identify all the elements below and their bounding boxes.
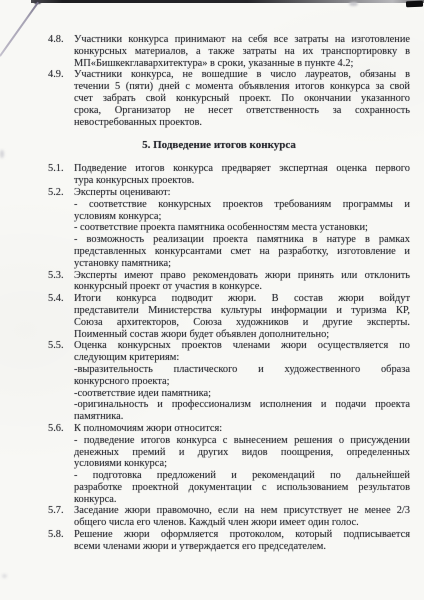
text-line: невостребованных проектов. — [74, 117, 410, 129]
clause-item: 5.7. Заседание жюри правомочно, если на … — [74, 505, 410, 529]
text-line: Участники конкурса принимают на себя все… — [74, 34, 410, 46]
text-line: разработке проектной документации с испо… — [74, 482, 410, 494]
scan-diagonal-line — [0, 2, 39, 57]
text-line: Подведение итогов конкурса предваряет эк… — [74, 163, 410, 175]
clause-item: 5.4. Итоги конкурса подводит жюри. В сос… — [74, 293, 410, 340]
text-line: срока, Организатор не несет ответственно… — [74, 105, 410, 117]
clause-number: 5.4. — [48, 293, 64, 305]
text-line: конкурсный проект от участия в конкурсе. — [74, 281, 410, 293]
clause-text: Итоги конкурса подводит жюри. В состав ж… — [74, 293, 410, 340]
text-line: К полномочиям жюри относится: — [74, 423, 410, 435]
clause-text: Оценка конкурсных проектов членами жюри … — [74, 340, 410, 423]
text-line: Решение жюри оформляется протоколом, кот… — [74, 529, 410, 541]
scan-edge-top-line — [31, 0, 424, 3]
text-line: Участники конкурса, не вошедшие в число … — [74, 69, 410, 81]
text-line: -соответствие идеи памятника; — [74, 388, 410, 400]
clause-item: 5.1. Подведение итогов конкурса предваря… — [74, 163, 410, 187]
clause-number: 4.9. — [48, 69, 64, 81]
clause-item: 5.8. Решение жюри оформляется протоколом… — [74, 529, 410, 553]
text-line: Эксперты имеют право рекомендовать жюри … — [74, 270, 410, 282]
clause-text: Эксперты имеют право рекомендовать жюри … — [74, 270, 410, 294]
clause-text: К полномочиям жюри относится:- подведени… — [74, 423, 410, 506]
text-line: всеми членами жюри и утверждается его пр… — [74, 541, 410, 553]
text-line: Итоги конкурса подводит жюри. В состав ж… — [74, 293, 410, 305]
text-line: - подведение итогов конкурса с вынесение… — [74, 435, 410, 447]
scan-corner-mark — [406, 1, 423, 8]
text-line: течении 5 (пяти) дней с момента объявлен… — [74, 81, 410, 93]
clause-text: Участники конкурса, не вошедшие в число … — [74, 69, 410, 128]
text-line: -оригинальность и профессионализм исполн… — [74, 399, 410, 411]
clause-list-section-5: 5.1. Подведение итогов конкурса предваря… — [74, 163, 410, 552]
text-line: общего числа его членов. Каждый член жюр… — [74, 517, 410, 529]
text-line: следующим критериям: — [74, 352, 410, 364]
clause-number: 5.6. — [48, 423, 64, 435]
text-line: Эксперты оценивают: — [74, 187, 410, 199]
text-line: условиями конкурса; — [74, 458, 410, 470]
clause-number: 5.7. — [48, 505, 64, 517]
scan-smudge-bottom — [2, 574, 7, 578]
clause-text: Участники конкурса принимают на себя все… — [74, 34, 410, 69]
text-line: представленных конкурсантами смет на раз… — [74, 246, 410, 258]
text-line: условиям конкурса; — [74, 211, 410, 223]
text-line: памятника. — [74, 411, 410, 423]
clause-number: 5.1. — [48, 163, 64, 175]
clause-list-section-4: 4.8. Участники конкурса принимают на себ… — [74, 34, 410, 128]
text-line: МП«Бишкекглавархитектура» в сроки, указа… — [74, 58, 410, 70]
clause-text: Решение жюри оформляется протоколом, кот… — [74, 529, 410, 553]
text-line: - соответствие конкурсных проектов требо… — [74, 199, 410, 211]
text-line: конкурса. — [74, 494, 410, 506]
text-line: счет забрать свой конкурсный проект. По … — [74, 93, 410, 105]
clause-text: Заседание жюри правомочно, если на нем п… — [74, 505, 410, 529]
text-line: тура конкурсных проектов. — [74, 175, 410, 187]
scan-smudge-left — [0, 150, 4, 158]
clause-number: 5.2. — [48, 187, 64, 199]
clause-text: Подведение итогов конкурса предваряет эк… — [74, 163, 410, 187]
clause-item: 5.5. Оценка конкурсных проектов членами … — [74, 340, 410, 423]
document-body: 4.8. Участники конкурса принимают на себ… — [74, 34, 410, 553]
text-line: конкурсного проекта; — [74, 376, 410, 388]
clause-number: 5.8. — [48, 529, 64, 541]
clause-item: 4.8. Участники конкурса принимают на себ… — [74, 34, 410, 69]
clause-item: 5.3. Эксперты имеют право рекомендовать … — [74, 270, 410, 294]
text-line: Союза архитекторов, Союза художников и д… — [74, 317, 410, 329]
text-line: Заседание жюри правомочно, если на нем п… — [74, 505, 410, 517]
clause-item: 4.9. Участники конкурса, не вошедшие в ч… — [74, 69, 410, 128]
text-line: представители Министерства культуры инфо… — [74, 305, 410, 317]
section-heading: 5. Подведение итогов конкурса — [51, 139, 387, 151]
text-line: конкурсных материалов, а также затраты н… — [74, 46, 410, 58]
text-line: Поименный состав жюри будет объявлен доп… — [74, 329, 410, 341]
clause-item: 5.2. Эксперты оценивают:- соответствие к… — [74, 187, 410, 270]
text-line: установку памятника; — [74, 258, 410, 270]
text-line: Оценка конкурсных проектов членами жюри … — [74, 340, 410, 352]
clause-item: 5.6. К полномочиям жюри относится:- подв… — [74, 423, 410, 506]
scanned-document-page: 4.8. Участники конкурса принимают на себ… — [0, 0, 424, 600]
text-line: - возможность реализации проекта памятни… — [74, 234, 410, 246]
clause-number: 5.3. — [48, 270, 64, 282]
text-line: денежных премий и других видов поощрения… — [74, 447, 410, 459]
text-line: -выразительность пластического и художес… — [74, 364, 410, 376]
clause-number: 4.8. — [48, 34, 64, 46]
scan-smudge-top — [349, 2, 358, 6]
clause-number: 5.5. — [48, 340, 64, 352]
text-line: - подготовка предложений и рекомендаций … — [74, 470, 410, 482]
clause-text: Эксперты оценивают:- соответствие конкур… — [74, 187, 410, 270]
text-line: - соответствие проекта памятника особенн… — [74, 222, 410, 234]
